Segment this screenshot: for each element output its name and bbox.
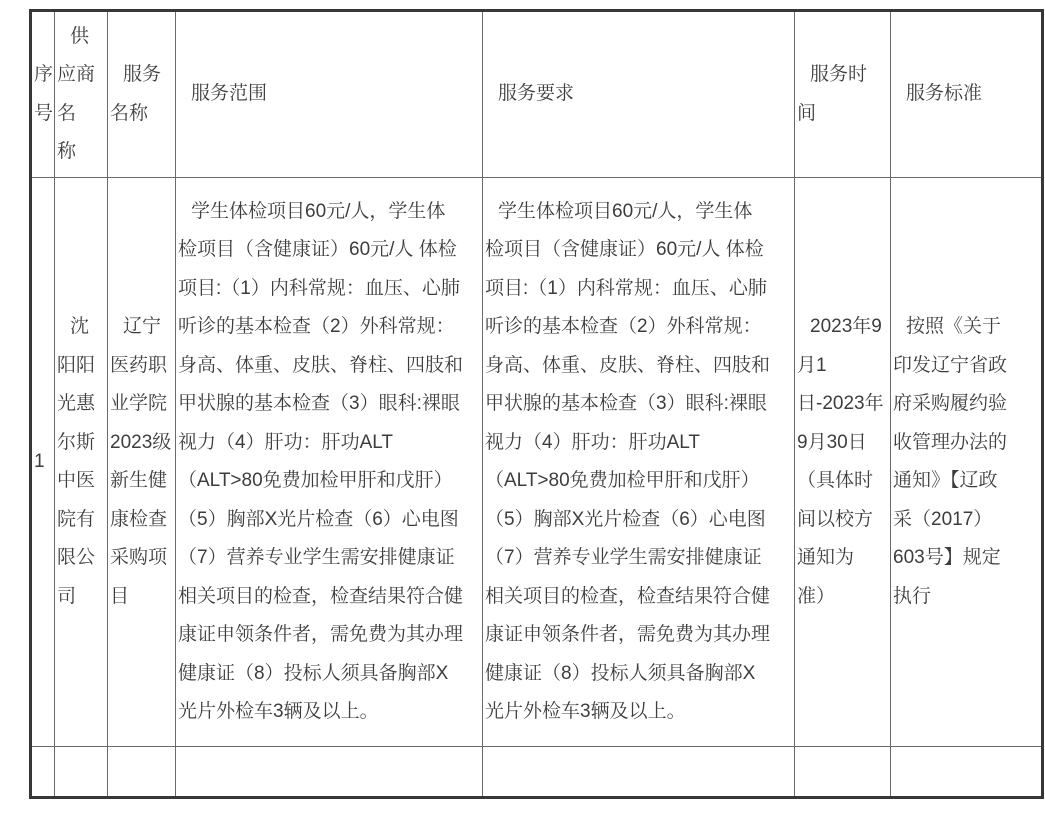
empty-cell-scope: [176, 747, 483, 798]
header-cell-seq: 序 号: [31, 11, 55, 178]
table-row: 1 沈 阳阳 光惠 尔斯 中医 院有 限公 司 辽宁 医药职 业学院 2023级…: [31, 178, 1043, 747]
procurement-service-table: 序 号 供 应商 名 称 服务 名称 服务范围 服务要求 服务时 间 服务标准 …: [29, 9, 1044, 799]
cell-supplier: 沈 阳阳 光惠 尔斯 中医 院有 限公 司: [55, 178, 108, 747]
header-cell-time: 服务时 间: [795, 11, 891, 178]
empty-cell-time: [795, 747, 891, 798]
header-cell-scope: 服务范围: [176, 11, 483, 178]
cell-standard: 按照《关于 印发辽宁省政 府采购履约验 收管理办法的 通知》【辽政 采（2017…: [891, 178, 1043, 747]
table-header-row: 序 号 供 应商 名 称 服务 名称 服务范围 服务要求 服务时 间 服务标准: [31, 11, 1043, 178]
header-cell-service-name: 服务 名称: [108, 11, 176, 178]
cell-scope: 学生体检项目60元/人，学生体 检项目（含健康证）60元/人 体检 项目:（1）…: [176, 178, 483, 747]
header-cell-supplier: 供 应商 名 称: [55, 11, 108, 178]
empty-cell-service-name: [108, 747, 176, 798]
empty-cell-seq: [31, 747, 55, 798]
cell-service-name: 辽宁 医药职 业学院 2023级 新生健 康检查 采购项 目: [108, 178, 176, 747]
cell-requirements: 学生体检项目60元/人，学生体 检项目（含健康证）60元/人 体检 项目:（1）…: [483, 178, 795, 747]
cell-time: 2023年9 月1 日-2023年 9月30日 （具体时 间以校方 通知为 准）: [795, 178, 891, 747]
empty-cell-requirements: [483, 747, 795, 798]
table-empty-row: [31, 747, 1043, 798]
empty-cell-standard: [891, 747, 1043, 798]
cell-seq: 1: [31, 178, 55, 747]
document-page: 序 号 供 应商 名 称 服务 名称 服务范围 服务要求 服务时 间 服务标准 …: [0, 0, 1045, 813]
header-cell-standard: 服务标准: [891, 11, 1043, 178]
empty-cell-supplier: [55, 747, 108, 798]
header-cell-requirements: 服务要求: [483, 11, 795, 178]
